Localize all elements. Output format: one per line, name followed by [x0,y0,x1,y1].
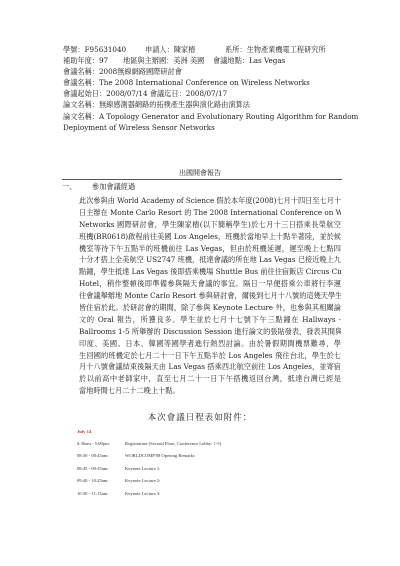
schedule-time: 08:30 - 08:45am: [77,453,125,458]
schedule-event: Keynote Lecture 3: [125,491,160,496]
schedule-time: 10:30 - 11:15am: [77,491,125,496]
schedule-item: 10:30 - 11:15am:Keynote Lecture 3: [77,491,221,503]
schedule-day: July 14 [77,429,221,441]
conference-location: 會議地點：Las Vegas [213,56,285,65]
schedule-event: Keynote Lecture 1: [125,466,160,471]
meta-row-2: 補助年度：97地區與主辦國：美洲 美國會議地點：Las Vegas [63,55,363,66]
paragraph-line: 十分才搭上全美航空 US2747 班機，抵達會議的所在地 Las Vegas 已… [79,254,341,266]
section-title: 參加會議經過 [92,182,135,191]
paragraph-line: Networks 國際研討會，學生陳家樁(以下簡稱學生)於七月十三日搭乘長榮航空 [79,219,341,231]
meta-row-1: 學號：F95631040申請人：陳家樁系所：生物產業機電工程研究所 [63,44,363,55]
divider [62,179,342,180]
paper-title-zh: 論文名稱：無線感測器網路的拓樸產生器與演化路由演算法 [63,99,363,110]
schedule-event: Keynote Lecture 2: [125,478,160,483]
schedule-event: Registration (Second Floor, Conference L… [125,441,221,446]
paragraph-line: 當地時間七月二十二晚上十點。 [79,385,341,397]
schedule-item: 08:30 - 08:45am:WORLDCOMP'08 Opening Rem… [77,453,221,465]
paragraph-line: 皆住宿於此。於研討會的期間，除了參與 Keynote Lecture 外，也參與… [79,302,341,314]
paper-title-en-2: Deployment of Wireless Sensor Networks [63,122,363,133]
applicant: 申請人：陳家樁 [145,44,225,55]
paragraph-line: 日主辦在 Monte Carlo Resort 的 The 2008 Inter… [79,207,341,219]
attachment-title: 本次會議日程表如附件： [0,411,400,423]
paragraph-line: Hotel，稍作整頓後即準備參與隔天會議的事宜。隔日一早便搭乘公車將行李運 [79,278,341,290]
schedule-time: 08:45 - 09:35am: [77,466,125,471]
schedule-item: 09:40 - 10:25am:Keynote Lecture 2: [77,478,221,490]
report-metadata: 學號：F95631040申請人：陳家樁系所：生物產業機電工程研究所 補助年度：9… [63,44,363,133]
region-host-country: 地區與主辦國：美洲 美國 [123,55,213,66]
conference-dates: 會議起始日：2008/07/14 會議迄日：2008/07/17 [63,88,363,99]
schedule-time: 6:30am - 5:00pm: [77,441,125,446]
report-title: 出國開會報告 [0,168,400,178]
schedule: July 14 6:30am - 5:00pm:Registration (Se… [77,429,221,503]
body-paragraph: 此次參與由 World Academy of Science 假於本年度(200… [79,195,341,397]
paragraph-line: 機室等待下午五點半的班機前往 Las Vegas，但由於班機延遲，遲至晚上七點四 [79,243,341,255]
paragraph-line: 生回國的班機定於七月二十一日下午五點半於 Los Angeles 飛往台北，學生… [79,350,341,362]
paper-title-en-1: 論文名稱：A Topology Generator and Evolutiona… [63,111,363,122]
conference-name-zh: 會議名稱：2008無線網路國際研討會 [63,66,363,77]
paragraph-line: 月十八號會議結束後隔天由 Las Vegas 搭乘西北航空前往 Los Ange… [79,361,341,373]
department: 系所：生物產業機電工程研究所 [225,45,326,54]
subsidy-year: 補助年度：97 [63,55,123,66]
conference-name-en: 會議名稱：The 2008 International Conference o… [63,77,363,88]
paragraph-line: Ballrooms 1-5 所舉辦的 Discussion Session 進行… [79,326,341,338]
paragraph-line: 點鐘，學生抵達 Las Vegas 後即搭乘機場 Shuttle Bus 前往住… [79,266,341,278]
document-page: 學號：F95631040申請人：陳家樁系所：生物產業機電工程研究所 補助年度：9… [0,0,400,566]
schedule-item: 6:30am - 5:00pm:Registration (Second Flo… [77,441,221,453]
paragraph-line: 於以前高中老師家中，直至七月二十一日下午搭機返回台灣，抵達台灣已經是 [79,373,341,385]
schedule-time: 09:40 - 10:25am: [77,478,125,483]
paragraph-line: 班機(BR0618)啟程前往美國 Los Angeles，班機於當地早上十點半著… [79,231,341,243]
paragraph-line: 此次參與由 World Academy of Science 假於本年度(200… [79,195,341,207]
paragraph-line: 文的 Oral 報告，所獲良多。學生並於七月十七號下午三點鐘在 Hallways… [79,314,341,326]
section-heading: 一、參加會議經過 [62,182,135,192]
paragraph-line: 往會議舉辦地 Monte Carlo Resort 參與研討會，爾後到七月十八號… [79,290,341,302]
student-id: 學號：F95631040 [63,44,145,55]
section-number: 一、 [62,182,92,192]
paragraph-line: 印度、美國、日本、韓國等國學者進行熱烈討論。由於暑假期間機票難尋，學 [79,338,341,350]
schedule-item: 08:45 - 09:35am:Keynote Lecture 1: [77,466,221,478]
schedule-event: WORLDCOMP'08 Opening Remarks [125,453,195,458]
